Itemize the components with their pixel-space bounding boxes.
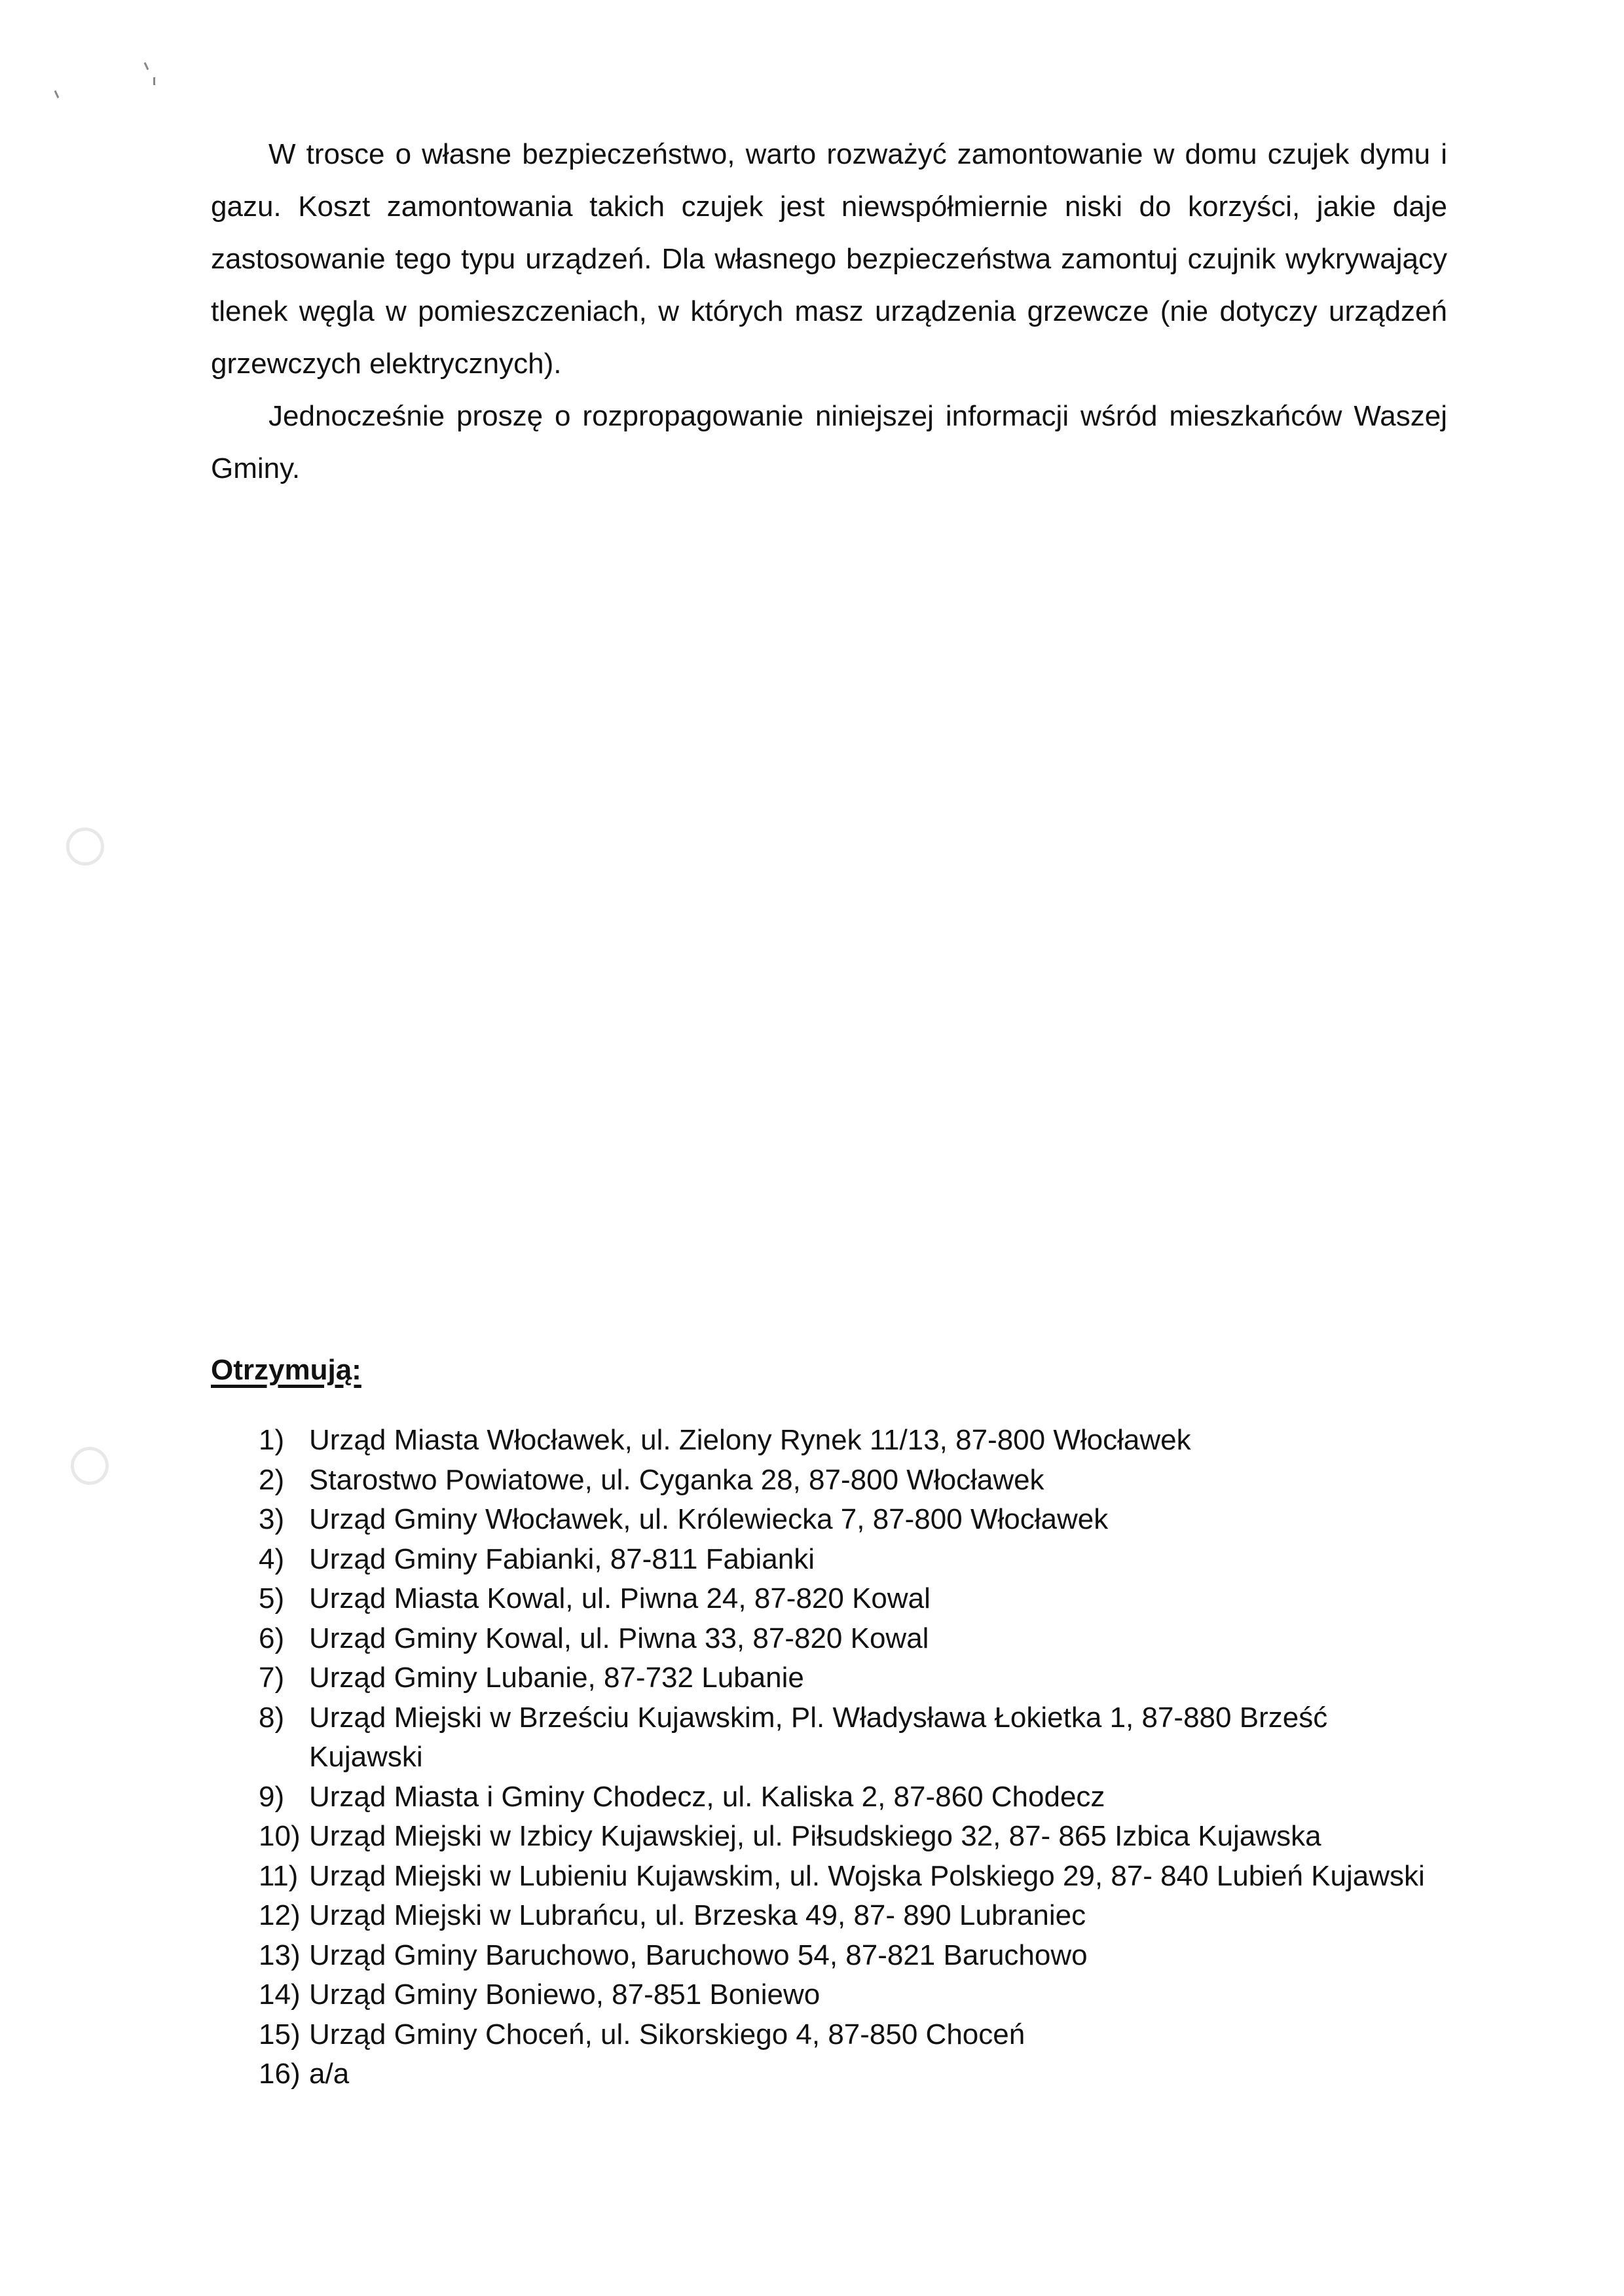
punch-hole-icon — [66, 828, 104, 866]
list-item-text: Urząd Gminy Baruchowo, Baruchowo 54, 87-… — [309, 1939, 1088, 1971]
list-item-number: 16) — [259, 2054, 301, 2094]
list-item-text: Urząd Miejski w Izbicy Kujawskiej, ul. P… — [309, 1820, 1321, 1852]
list-item-text: Starostwo Powiatowe, ul. Cyganka 28, 87-… — [309, 1464, 1044, 1496]
list-item-number: 7) — [259, 1658, 284, 1698]
list-item: 7)Urząd Gminy Lubanie, 87-732 Lubanie — [259, 1658, 1437, 1698]
list-item: 5)Urząd Miasta Kowal, ul. Piwna 24, 87-8… — [259, 1579, 1437, 1619]
list-item: 8)Urząd Miejski w Brześciu Kujawskim, Pl… — [259, 1698, 1437, 1777]
list-item-text: a/a — [309, 2058, 349, 2090]
list-item: 14)Urząd Gminy Boniewo, 87-851 Boniewo — [259, 1975, 1437, 2015]
recipients-list: 1)Urząd Miasta Włocławek, ul. Zielony Ry… — [259, 1421, 1437, 2094]
list-item: 13)Urząd Gminy Baruchowo, Baruchowo 54, … — [259, 1936, 1437, 1976]
list-item-text: Urząd Miasta i Gminy Chodecz, ul. Kalisk… — [309, 1781, 1105, 1813]
list-item: 9)Urząd Miasta i Gminy Chodecz, ul. Kali… — [259, 1777, 1437, 1817]
list-item: 1)Urząd Miasta Włocławek, ul. Zielony Ry… — [259, 1421, 1437, 1461]
list-item-number: 15) — [259, 2015, 301, 2055]
list-item-number: 14) — [259, 1975, 301, 2015]
list-item-number: 13) — [259, 1936, 301, 1976]
list-item-text: Urząd Gminy Choceń, ul. Sikorskiego 4, 8… — [309, 2018, 1025, 2050]
list-item-number: 2) — [259, 1461, 284, 1501]
list-item-number: 1) — [259, 1421, 284, 1461]
letter-body: W trosce o własne bezpieczeństwo, warto … — [211, 128, 1447, 495]
scan-artifact — [153, 77, 155, 85]
paragraph-safety-advice: W trosce o własne bezpieczeństwo, warto … — [211, 128, 1447, 390]
list-item-text: Urząd Miejski w Lubrańcu, ul. Brzeska 49… — [309, 1899, 1086, 1931]
list-item-text: Urząd Gminy Boniewo, 87-851 Boniewo — [309, 1978, 820, 2011]
list-item-text: Urząd Gminy Włocławek, ul. Królewiecka 7… — [309, 1503, 1108, 1535]
list-item-text: Urząd Gminy Lubanie, 87-732 Lubanie — [309, 1662, 804, 1694]
list-item-number: 10) — [259, 1817, 301, 1857]
list-item-number: 3) — [259, 1500, 284, 1540]
paragraph-dissemination-request: Jednocześnie proszę o rozpropagowanie ni… — [211, 390, 1447, 495]
punch-hole-icon — [71, 1447, 109, 1485]
list-item-number: 6) — [259, 1619, 284, 1659]
scan-artifact — [144, 62, 149, 70]
list-item: 11)Urząd Miejski w Lubieniu Kujawskim, u… — [259, 1857, 1437, 1897]
list-item-number: 9) — [259, 1777, 284, 1817]
list-item-text: Urząd Miejski w Brześciu Kujawskim, Pl. … — [309, 1702, 1327, 1774]
list-item-number: 4) — [259, 1540, 284, 1580]
list-item-text: Urząd Miejski w Lubieniu Kujawskim, ul. … — [309, 1860, 1425, 1892]
recipients-heading: Otrzymują: — [211, 1354, 361, 1387]
list-item-text: Urząd Miasta Kowal, ul. Piwna 24, 87-820… — [309, 1582, 931, 1614]
document-page: W trosce o własne bezpieczeństwo, warto … — [0, 0, 1624, 2296]
list-item-number: 8) — [259, 1698, 284, 1738]
list-item: 3)Urząd Gminy Włocławek, ul. Królewiecka… — [259, 1500, 1437, 1540]
list-item: 10)Urząd Miejski w Izbicy Kujawskiej, ul… — [259, 1817, 1437, 1857]
list-item-number: 5) — [259, 1579, 284, 1619]
list-item-text: Urząd Miasta Włocławek, ul. Zielony Ryne… — [309, 1424, 1191, 1456]
list-item: 4)Urząd Gminy Fabianki, 87-811 Fabianki — [259, 1540, 1437, 1580]
list-item-text: Urząd Gminy Fabianki, 87-811 Fabianki — [309, 1543, 815, 1575]
list-item: 2)Starostwo Powiatowe, ul. Cyganka 28, 8… — [259, 1461, 1437, 1501]
list-item-text: Urząd Gminy Kowal, ul. Piwna 33, 87-820 … — [309, 1622, 929, 1654]
list-item: 6)Urząd Gminy Kowal, ul. Piwna 33, 87-82… — [259, 1619, 1437, 1659]
list-item: 12)Urząd Miejski w Lubrańcu, ul. Brzeska… — [259, 1896, 1437, 1936]
list-item-number: 12) — [259, 1896, 301, 1936]
list-item-number: 11) — [259, 1857, 298, 1897]
scan-artifact — [54, 90, 60, 98]
list-item: 16)a/a — [259, 2054, 1437, 2094]
list-item: 15)Urząd Gminy Choceń, ul. Sikorskiego 4… — [259, 2015, 1437, 2055]
